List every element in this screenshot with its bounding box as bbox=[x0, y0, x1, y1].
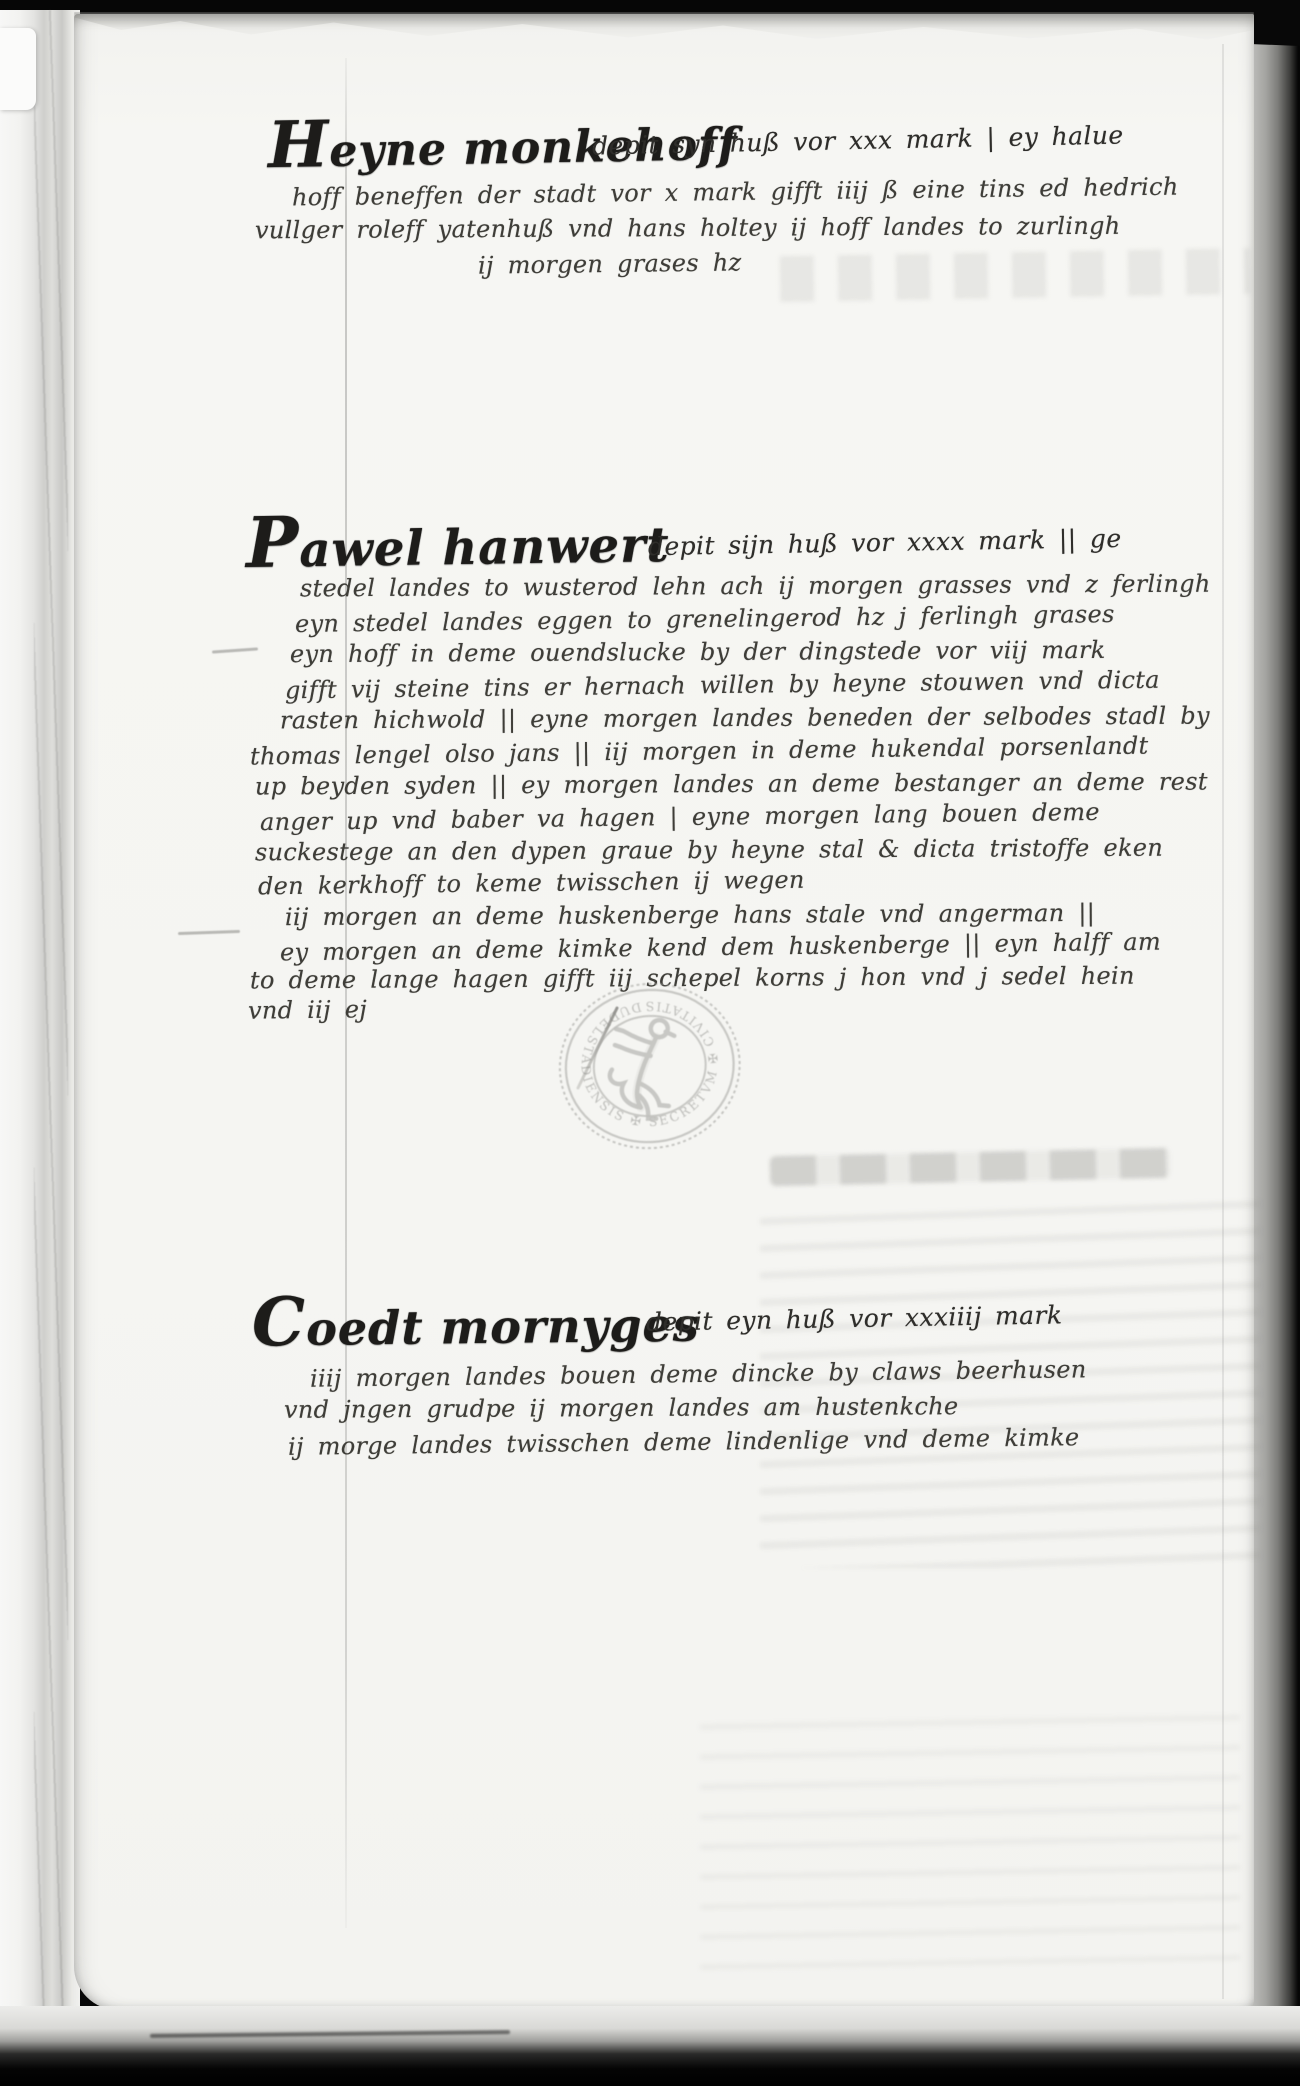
entry-line: iiij morgen landes bouen deme dincke by … bbox=[310, 1355, 1087, 1392]
entry-line: anger up vnd baber va hagen | eyne morge… bbox=[260, 798, 1100, 836]
entry-line: suckestege an den dypen graue by heyne s… bbox=[255, 834, 1163, 867]
entry-line: stedel landes to wusterod lehn ach ij mo… bbox=[300, 570, 1211, 603]
entry-line: ij morge landes twisschen deme lindenlig… bbox=[288, 1423, 1080, 1461]
manuscript-scan: Heyne monkehoff depit syn huß vor xxx ma… bbox=[0, 0, 1300, 2086]
entry-line: vnd iij ej bbox=[248, 995, 367, 1024]
entry-line: iij morgen an deme huskenberge hans stal… bbox=[285, 899, 1095, 931]
ink-showthrough bbox=[780, 248, 1251, 302]
margin-mark bbox=[178, 930, 240, 935]
entry-line: vnd jngen grudpe ij morgen landes am hus… bbox=[284, 1392, 959, 1424]
scan-bottom-border bbox=[0, 2006, 1300, 2086]
entry-line: ey morgen an deme kimke kend dem huskenb… bbox=[280, 928, 1161, 967]
entry-line: rasten hichwold || eyne morgen landes be… bbox=[280, 702, 1210, 735]
entry-line: eyn stedel landes eggen to grenelingerod… bbox=[295, 600, 1115, 638]
entry-line: vullger roleff yatenhuß vnd hans holtey … bbox=[255, 212, 1121, 245]
entry-line: den kerkhoff to keme twisschen ij wegen bbox=[258, 866, 805, 901]
entry-heading-note: depit eyn huß vor xxxiiij mark bbox=[646, 1300, 1063, 1336]
margin-mark bbox=[212, 647, 258, 653]
entry-line: thomas lengel olso jans || iij morgen in… bbox=[250, 732, 1149, 771]
entry-heading: Pawel hanwert bbox=[245, 497, 670, 584]
ink-showthrough bbox=[700, 1700, 1240, 1970]
entry-line: up beyden syden || ey morgen landes an d… bbox=[255, 768, 1208, 801]
entry-line: ij morgen grases hz bbox=[478, 248, 742, 279]
entry-heading: Coedt mornyges bbox=[252, 1278, 700, 1362]
entry-line: gifft vij steine tins er hernach willen … bbox=[285, 666, 1160, 705]
city-seal-stamp: DUDELSTADIENSIS ✠ SECRETVM ✠ CIVITATIS bbox=[542, 967, 758, 1170]
ink-showthrough bbox=[770, 1148, 1171, 1186]
entry-heading-note: depit sijn huß vor xxxx mark || ge bbox=[648, 524, 1122, 561]
entry-line: eyn hoff in deme ouendslucke by der ding… bbox=[290, 636, 1106, 668]
